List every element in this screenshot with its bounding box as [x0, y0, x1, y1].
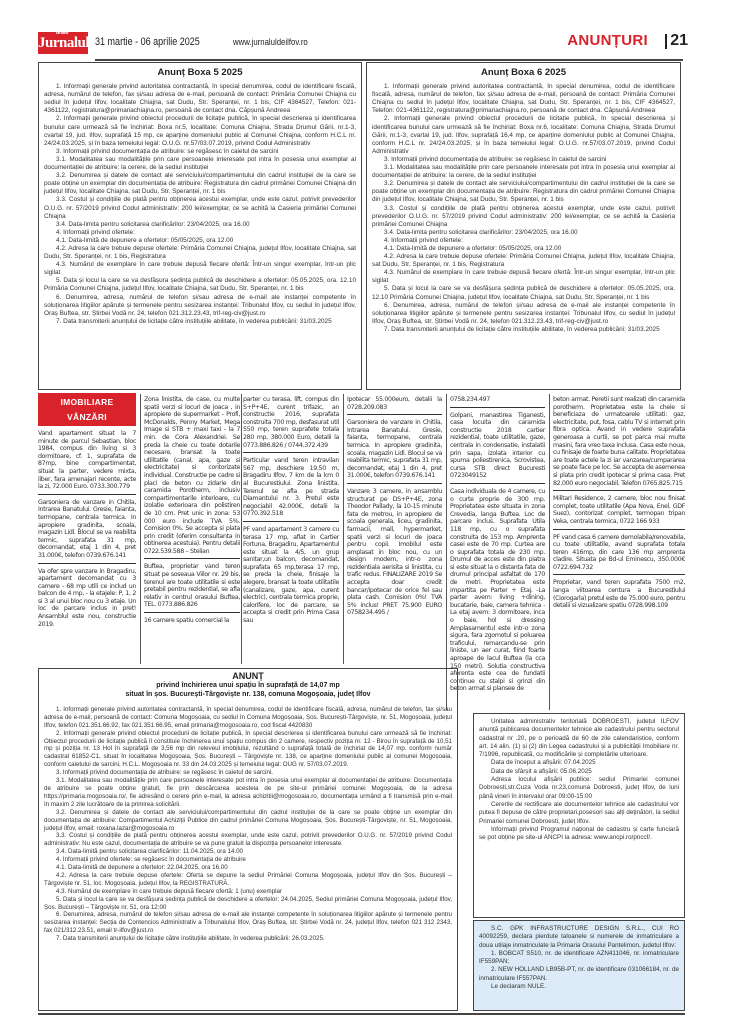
- notice-paragraph: 2. Informații generale privind obiectul …: [44, 115, 356, 147]
- classifieds-column-4: Ipotecar 55.000euro, detalii la 0728.209…: [347, 394, 442, 622]
- classifieds-column-2: Zona linistita, de case, cu multe spatii…: [144, 394, 240, 630]
- notice-body: S.C. GPK INFRASTRUCTURE DESIGN S.R.L., C…: [479, 925, 679, 991]
- logo-subtitle: de Ilfov: [56, 31, 68, 37]
- notice-paragraph: 1. Informații generale privind autoritat…: [44, 706, 452, 730]
- classified-ad: Golpani, manastirea Tiganesti, casa locu…: [450, 410, 545, 484]
- classified-ad: Casa individuala de 4 camere, cu o curte…: [450, 486, 545, 696]
- website-link[interactable]: www.jurnaluldeilfov.ro: [233, 37, 308, 48]
- notice-paragraph: 1. BOBCAT S510, nr. de identificare AZN4…: [479, 950, 679, 967]
- column-divider: [140, 394, 141, 664]
- logo-text: Jurnalul: [38, 35, 89, 51]
- classifieds-column-6: beton armat. Peretii sunt realizati din …: [553, 394, 685, 615]
- notice-paragraph: 3. Informații privind documentația de at…: [44, 769, 452, 777]
- notice-paragraph: 3. Informații privind documentația de at…: [372, 156, 675, 164]
- classified-ad: Garsoniera de vanzare in Chitila, Intrar…: [38, 497, 136, 564]
- notice-paragraph: 3.4. Data-limita pentru solicitarea clar…: [372, 229, 675, 237]
- classified-ad: Garsoniera de vanzare in Chitila, Intrar…: [347, 417, 442, 484]
- notice-paragraph: 6. Denumirea, adresa, numărul de telefon…: [44, 294, 356, 318]
- column-divider: [446, 394, 447, 710]
- notice-subtitle: privind închirierea unui spațiu în supra…: [44, 681, 452, 690]
- notice-paragraph: S.C. GPK INFRASTRUCTURE DESIGN S.R.L., C…: [479, 925, 679, 950]
- header-divider: [95, 59, 683, 61]
- notice-paragraph: 4.3. Numărul de exemplare în care trebui…: [372, 269, 675, 285]
- notice-paragraph: 5. Data și locul la care se va desfășura…: [372, 285, 675, 301]
- notice-paragraph: 3.2. Denumirea și datele de contact ale …: [44, 172, 356, 196]
- section-sublabel: VÂNZĂRI: [38, 410, 136, 425]
- classifieds-column-3: parter cu terasa, lift, compus din S+P+4…: [243, 394, 339, 630]
- notice-paragraph: 6. Denumirea, adresa, numărul de telefon…: [372, 302, 675, 326]
- notice-paragraph: Adresa locului afișării publice: sediul …: [479, 776, 679, 801]
- notice-title: Anunț Boxa 5 2025: [44, 69, 356, 77]
- notice-paragraph: Data de început a afișării: 07.04.2025: [479, 759, 679, 767]
- classified-ad: Ipotecar 55.000euro, detalii la 0728.209…: [347, 394, 442, 415]
- notice-paragraph: 4.3. Numărul de exemplare în care trebui…: [44, 261, 356, 277]
- notice-paragraph: Cererile de rectificare ale documentelor…: [479, 801, 679, 826]
- notice-paragraph: 4.2. Adresa la care trebuie depuse ofert…: [44, 872, 452, 888]
- notice-body: 1. Informații generale privind autoritat…: [44, 706, 452, 943]
- notice-paragraph: 3.1. Modalitatea sau modalitățile prin c…: [372, 164, 675, 180]
- notice-paragraph: 2. NEW HOLLAND LB95B-PT, nr. de identifi…: [479, 966, 679, 983]
- classified-ad: Va ofer spre vanzare in Bragadiru, apart…: [38, 566, 136, 632]
- notice-title: Anunț Boxa 6 2025: [372, 69, 675, 77]
- notice-paragraph: 5. Data și locul la care se va desfășura…: [44, 896, 452, 912]
- notice-paragraph: 3.2. Denumirea și datele de contact ale …: [44, 809, 452, 833]
- notice-paragraph: 1. Informații generale privind autoritat…: [44, 83, 356, 115]
- section-label: IMOBILIARE: [38, 395, 136, 410]
- notice-paragraph: 3.3. Costul și condițiile de plată pentr…: [372, 205, 675, 229]
- notice-paragraph: 3.1. Modalitatea sau modalitățile prin c…: [44, 156, 356, 172]
- classifieds-column-5: 0758.234.497Golpani, manastirea Tiganest…: [450, 394, 545, 698]
- notice-body: Unitatea administrativ teritorială DOBRO…: [479, 718, 679, 842]
- notice-paragraph: Le declaram NULE.: [479, 983, 679, 991]
- page-number: 21: [670, 32, 688, 50]
- column-divider: [549, 394, 550, 710]
- notice-paragraph: 3.3. Costul și condițiile de plată pentr…: [44, 832, 452, 848]
- column-divider: [241, 394, 242, 664]
- classified-ad: Vand apartament situat la 7 minute de pa…: [38, 428, 136, 495]
- notice-dobroesti-cadastre: Unitatea administrativ teritorială DOBRO…: [473, 713, 685, 918]
- notice-paragraph: Unitatea administrativ teritorială DOBRO…: [479, 718, 679, 759]
- classified-ad: Zona linistita, de case, cu multe spatii…: [144, 394, 240, 559]
- issue-date: 31 martie - 06 aprilie 2025: [95, 36, 200, 48]
- classifieds-column-1: Vand apartament situat la 7 minute de pa…: [38, 428, 136, 633]
- notice-paragraph: 7. Data transmiterii anunțului de licita…: [372, 326, 675, 334]
- notice-mogosoaia: ANUNȚ privind închirierea unui spațiu în…: [38, 668, 458, 1011]
- classified-ad: beton armat. Peretii sunt realizati din …: [553, 394, 685, 491]
- notice-paragraph: 7. Data transmiterii anunțului de licita…: [44, 935, 452, 943]
- notice-body: 1. Informații generale privind autoritat…: [44, 83, 356, 326]
- notice-paragraph: 6. Denumirea, adresa, numărul de telefon…: [44, 911, 452, 935]
- notice-paragraph: 4. Informații privind ofertele: se regăs…: [44, 856, 452, 864]
- notice-paragraph: 4.1. Data-limită de depunere a ofertelor…: [44, 864, 452, 872]
- notice-paragraph: 4.2. Adresa la care trebuie depuse ofert…: [372, 253, 675, 269]
- notice-paragraph: 3.3. Costul și condițiile de plată pentr…: [44, 196, 356, 220]
- notice-paragraph: 2. Informații generale privind obiectul …: [44, 730, 452, 770]
- classified-ad: PF vand casa 6 camere demolabila/renovab…: [553, 532, 685, 576]
- classified-ad: PF vand apartament 3 camere cu terasa 17…: [243, 524, 339, 628]
- notice-paragraph: 4.2. Adresa la care trebuie depuse ofert…: [44, 245, 356, 261]
- page-header: de Ilfov Jurnalul 31 martie - 06 aprilie…: [38, 28, 688, 58]
- notice-paragraph: 3.2. Denumirea și datele de contact ale …: [372, 180, 675, 204]
- footer-divider: [38, 1013, 685, 1015]
- notice-title: ANUNȚ: [44, 673, 452, 681]
- newspaper-logo: de Ilfov Jurnalul: [38, 32, 88, 54]
- notice-paragraph: Data de sfârșit a afișării: 05.06.2025: [479, 768, 679, 776]
- notice-subtitle: situat în șos. București-Târgoviște nr. …: [44, 690, 452, 699]
- classified-ad: Buftea, proprietar vand teren situat pe …: [144, 561, 240, 613]
- classified-ad: parter cu terasa, lift, compus din S+P+4…: [243, 394, 339, 453]
- notice-paragraph: 3.1. Modalitatea sau modalitățile prin c…: [44, 777, 452, 809]
- notice-paragraph: 1. Informații generale privind autoritat…: [372, 83, 675, 115]
- classified-ad: Particular vand teren intravilan 567 mp,…: [243, 455, 339, 522]
- column-divider: [343, 394, 344, 664]
- notice-paragraph: 3.4. Data-limită pentru solicitarea clar…: [44, 848, 452, 856]
- notice-boxa-5: Anunț Boxa 5 2025 1. Informații generale…: [38, 62, 362, 390]
- notice-paragraph: 5. Data și locul la care se va desfășura…: [44, 277, 356, 293]
- notice-paragraph: 4.1. Data-limită de depunere a ofertelor…: [372, 245, 675, 253]
- notice-gpk-lost-plates: S.C. GPK INFRASTRUCTURE DESIGN S.R.L., C…: [473, 920, 685, 1011]
- notice-paragraph: 3. Informații privind documentația de at…: [44, 148, 356, 156]
- classified-ad: Militari Residence, 2 camere, bloc nou f…: [553, 493, 685, 529]
- classifieds-section-header: IMOBILIARE VÂNZĂRI: [38, 393, 136, 426]
- notice-boxa-6: Anunț Boxa 6 2025 1. Informații generale…: [366, 62, 681, 390]
- notice-paragraph: 4. Informații privind ofertele:: [372, 237, 675, 245]
- classified-ad: Vanzare 3 camere, in ansamblu structurat…: [347, 486, 442, 620]
- classified-ad: 16 camere spatiu comercial la: [144, 615, 240, 628]
- notice-paragraph: 2. Informații generale privind obiectul …: [372, 115, 675, 155]
- notice-paragraph: 4.3. Numărul de exemplare în care trebui…: [44, 888, 452, 896]
- notice-body: 1. Informații generale privind autoritat…: [372, 83, 675, 334]
- notice-paragraph: 4. Informații privind ofertele:: [44, 229, 356, 237]
- notice-paragraph: 7. Data transmiterii anunțului de licita…: [44, 318, 356, 326]
- section-title: ANUNȚURI: [567, 32, 648, 49]
- classified-ad: 0758.234.497: [450, 394, 545, 408]
- notice-paragraph: 4.1. Data-limită de depunere a ofertelor…: [44, 237, 356, 245]
- notice-paragraph: 3.4. Data-limita pentru solicitarea clar…: [44, 221, 356, 229]
- classified-ad: Proprietar, vand teren suprafata 7500 m2…: [553, 577, 685, 612]
- notice-paragraph: Informații privind Programul național de…: [479, 826, 679, 843]
